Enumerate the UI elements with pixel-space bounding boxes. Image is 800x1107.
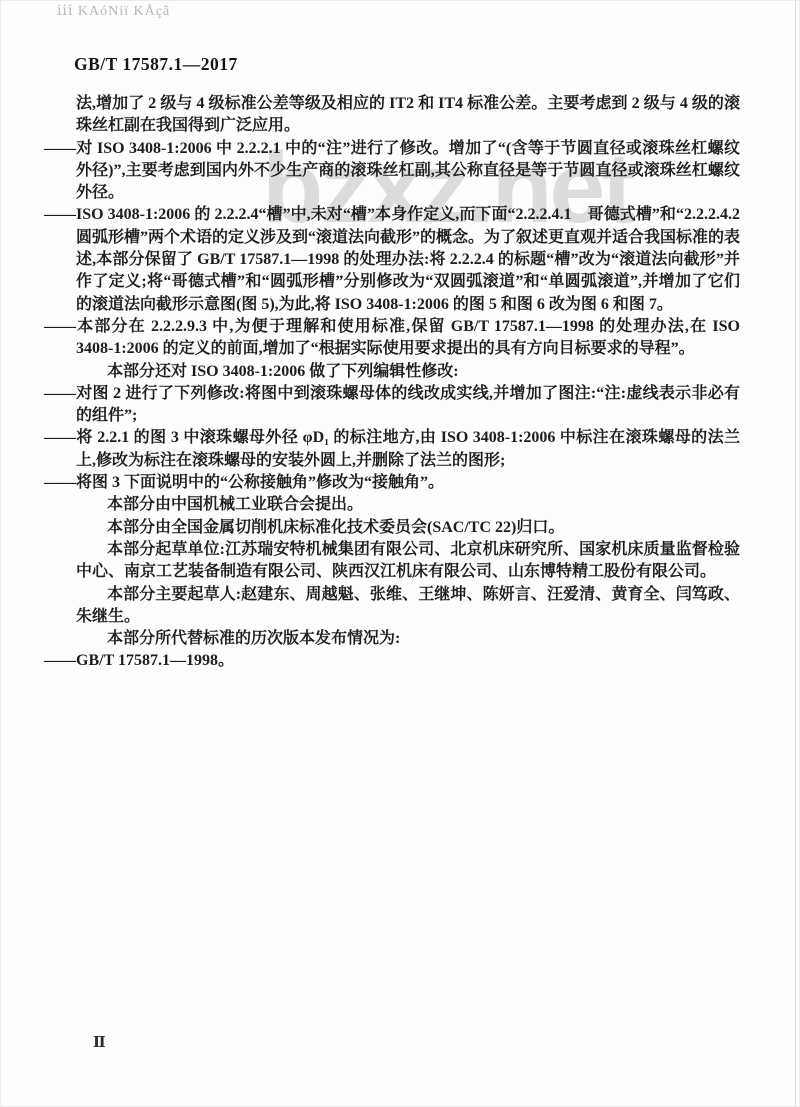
drafting-organizations-paragraph: 本部分起草单位:江苏瑞安特机械集团有限公司、北京机床研究所、国家机床质量监督检验… (76, 539, 740, 584)
editorial-list-item: ——将图 3 下面说明中的“公称接触角”修改为“接触角”。 (76, 472, 740, 494)
previous-edition-item: ——GB/T 17587.1—1998。 (76, 650, 740, 672)
difference-list-item: ——对 ISO 3408-1:2006 中 2.2.2.1 中的“注”进行了修改… (76, 138, 740, 205)
page-number: Ⅱ (93, 1033, 106, 1052)
previous-editions-intro: 本部分所代替标准的历次版本发布情况为: (76, 628, 740, 650)
standard-code-header: GB/T 17587.1—2017 (74, 54, 238, 75)
scanned-document-page: ⅰⅰⅰ KAóNiï KÅçã bzxz.net GB/T 17587.1—20… (0, 0, 800, 1107)
document-body: 法,增加了 2 级与 4 级标准公差等级及相应的 IT2 和 IT4 标准公差。… (76, 93, 740, 673)
editorial-list-item: ——对图 2 进行了下列修改:将图中到滚珠螺母体的线改成实线,并增加了图注:“注… (76, 383, 740, 428)
difference-list-item: ——ISO 3408-1:2006 的 2.2.2.4“槽”中,未对“槽”本身作… (76, 204, 740, 315)
carried-over-paragraph: 法,增加了 2 级与 4 级标准公差等级及相应的 IT2 和 IT4 标准公差。… (76, 93, 740, 138)
editorial-list-item: ——将 2.2.1 的图 3 中滚珠螺母外径 φD₁ 的标注地方,由 ISO 3… (76, 427, 740, 472)
proposed-by-paragraph: 本部分由中国机械工业联合会提出。 (76, 494, 740, 516)
scan-artifact-text: ⅰⅰⅰ KAóNiï KÅçã (57, 3, 170, 20)
editorial-changes-intro: 本部分还对 ISO 3408-1:2006 做了下列编辑性修改: (76, 361, 740, 383)
scan-edge-line (795, 0, 796, 1107)
drafters-paragraph: 本部分主要起草人:赵建东、周越魁、张维、王继坤、陈妍言、汪爱清、黄育全、闫笃政、… (76, 584, 740, 629)
difference-list-item: ——本部分在 2.2.2.9.3 中,为便于理解和使用标准,保留 GB/T 17… (76, 316, 740, 361)
centralized-by-paragraph: 本部分由全国金属切削机床标准化技术委员会(SAC/TC 22)归口。 (76, 517, 740, 539)
